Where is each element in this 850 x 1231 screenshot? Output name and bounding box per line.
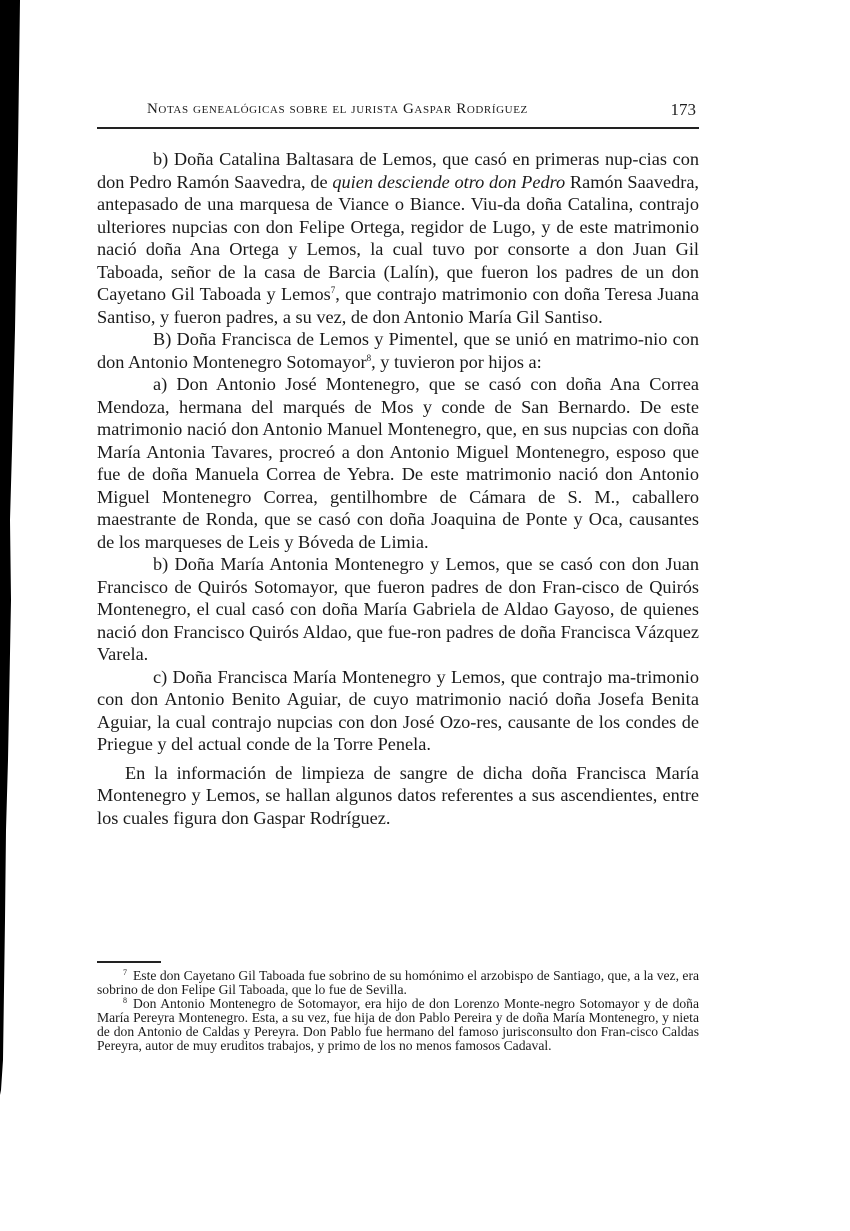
header-rule: [97, 127, 699, 129]
list-marker: b): [125, 148, 168, 171]
paragraph-a-antonio-jose: a) Don Antonio José Montenegro, que se c…: [97, 373, 699, 553]
footnote-rule: [97, 961, 161, 963]
italic-phrase: quien desciende otro don Pedro: [332, 172, 565, 192]
footnotes: 7Este don Cayetano Gil Taboada fue sobri…: [97, 969, 699, 1052]
paragraph-b-maria-antonia: b) Doña María Antonia Montenegro y Lemos…: [97, 553, 699, 666]
list-marker: c): [125, 666, 167, 689]
list-marker: b): [125, 553, 168, 576]
footnote-number: 8: [123, 996, 127, 1005]
running-head: Notas genealógicas sobre el jurista Gasp…: [97, 101, 699, 123]
paragraph-c-francisca-maria: c) Doña Francisca María Montenegro y Lem…: [97, 666, 699, 756]
paragraph-B-francisca: B) Doña Francisca de Lemos y Pimentel, q…: [97, 328, 699, 373]
list-marker: B): [125, 328, 171, 351]
footnote-7: 7Este don Cayetano Gil Taboada fue sobri…: [97, 969, 699, 997]
page-number: 173: [671, 100, 697, 120]
footnote-number: 7: [123, 968, 127, 977]
paragraph-limpieza-de-sangre: En la información de limpieza de sangre …: [97, 762, 699, 830]
footnote-8: 8Don Antonio Montenegro de Sotomayor, er…: [97, 997, 699, 1053]
scan-edge-artifact: [0, 0, 22, 1231]
running-title: Notas genealógicas sobre el jurista Gasp…: [147, 101, 528, 118]
body-text: b) Doña Catalina Baltasara de Lemos, que…: [97, 148, 699, 829]
list-marker: a): [125, 373, 167, 396]
paragraph-b-catalina: b) Doña Catalina Baltasara de Lemos, que…: [97, 148, 699, 328]
